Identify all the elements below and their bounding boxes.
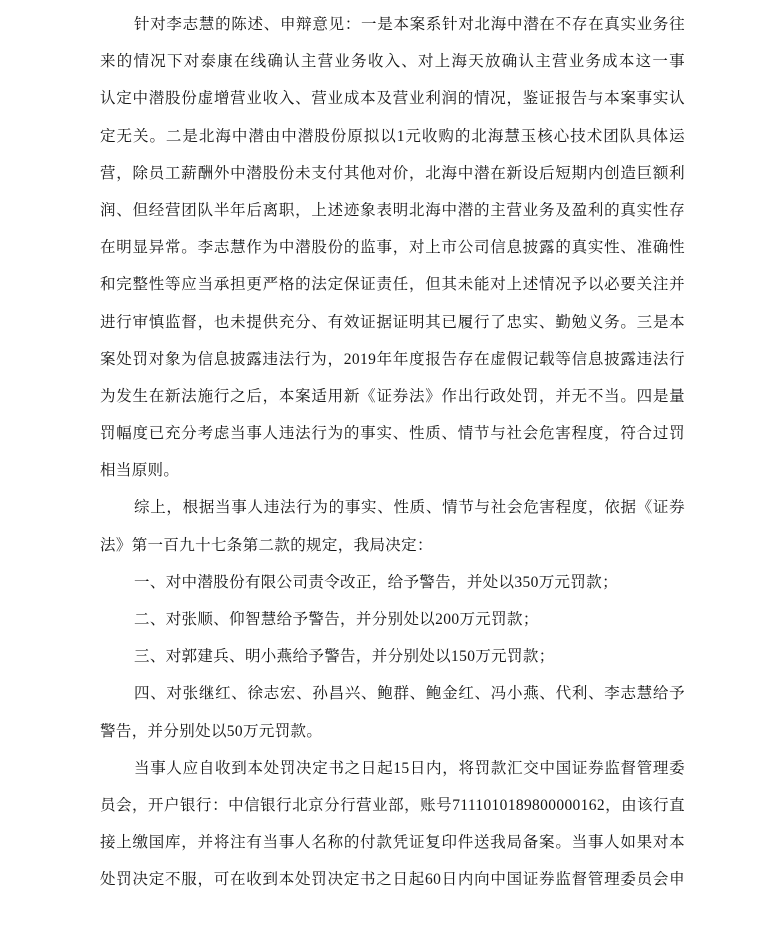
document-page: 针对李志慧的陈述、申辩意见：一是本案系针对北海中潜在不存在真实业务往来的情况下对…	[0, 0, 784, 899]
text-line: 员会，开户银行：中信银行北京分行营业部，账号711101018980000016…	[100, 787, 685, 824]
text-line: 警告，并分别处以50万元罚款。	[100, 713, 685, 750]
text-line: 在明显异常。李志慧作为中潜股份的监事，对上市公司信息披露的真实性、准确性	[100, 229, 685, 266]
text-line: 综上，根据当事人违法行为的事实、性质、情节与社会危害程度，依据《证券	[100, 489, 685, 526]
paragraph: 四、对张继红、徐志宏、孙昌兴、鲍群、鲍金红、冯小燕、代利、李志慧给予警告，并分别…	[100, 675, 685, 749]
text-line: 处罚决定不服，可在收到本处罚决定书之日起60日内向中国证券监督管理委员会申	[100, 861, 685, 898]
text-line: 为发生在新法施行之后，本案适用新《证券法》作出行政处罚，并无不当。四是量	[100, 378, 685, 415]
text-line: 一、对中潜股份有限公司责令改正，给予警告，并处以350万元罚款；	[100, 564, 685, 601]
paragraph: 当事人应自收到本处罚决定书之日起15日内，将罚款汇交中国证券监督管理委员会，开户…	[100, 750, 685, 899]
paragraph: 三、对郭建兵、明小燕给予警告，并分别处以150万元罚款；	[100, 638, 685, 675]
paragraph: 二、对张顺、仰智慧给予警告，并分别处以200万元罚款；	[100, 601, 685, 638]
text-line: 营，除员工薪酬外中潜股份未支付其他对价，北海中潜在新设后短期内创造巨额利	[100, 155, 685, 192]
text-line: 二、对张顺、仰智慧给予警告，并分别处以200万元罚款；	[100, 601, 685, 638]
text-line: 进行审慎监督，也未提供充分、有效证据证明其已履行了忠实、勤勉义务。三是本	[100, 304, 685, 341]
text-line: 罚幅度已充分考虑当事人违法行为的事实、性质、情节与社会危害程度，符合过罚	[100, 415, 685, 452]
text-line: 接上缴国库，并将注有当事人名称的付款凭证复印件送我局备案。当事人如果对本	[100, 824, 685, 861]
text-line: 认定中潜股份虚增营业收入、营业成本及营业利润的情况，鉴证报告与本案事实认	[100, 80, 685, 117]
text-line: 针对李志慧的陈述、申辩意见：一是本案系针对北海中潜在不存在真实业务往	[100, 6, 685, 43]
paragraph: 一、对中潜股份有限公司责令改正，给予警告，并处以350万元罚款；	[100, 564, 685, 601]
text-line: 当事人应自收到本处罚决定书之日起15日内，将罚款汇交中国证券监督管理委	[100, 750, 685, 787]
text-line: 定无关。二是北海中潜由中潜股份原拟以1元收购的北海慧玉核心技术团队具体运	[100, 118, 685, 155]
text-line: 来的情况下对泰康在线确认主营业务收入、对上海天放确认主营业务成本这一事项，	[100, 43, 685, 80]
paragraph: 综上，根据当事人违法行为的事实、性质、情节与社会危害程度，依据《证券法》第一百九…	[100, 489, 685, 563]
text-line: 润、但经营团队半年后离职，上述迹象表明北海中潜的主营业务及盈利的真实性存	[100, 192, 685, 229]
text-line: 四、对张继红、徐志宏、孙昌兴、鲍群、鲍金红、冯小燕、代利、李志慧给予	[100, 675, 685, 712]
text-line: 相当原则。	[100, 452, 685, 489]
text-line: 案处罚对象为信息披露违法行为，2019年年度报告存在虚假记载等信息披露违法行	[100, 341, 685, 378]
paragraph: 针对李志慧的陈述、申辩意见：一是本案系针对北海中潜在不存在真实业务往来的情况下对…	[100, 6, 685, 489]
text-line: 和完整性等应当承担更严格的法定保证责任，但其未能对上述情况予以必要关注并	[100, 266, 685, 303]
text-line: 法》第一百九十七条第二款的规定，我局决定：	[100, 527, 685, 564]
text-line: 三、对郭建兵、明小燕给予警告，并分别处以150万元罚款；	[100, 638, 685, 675]
